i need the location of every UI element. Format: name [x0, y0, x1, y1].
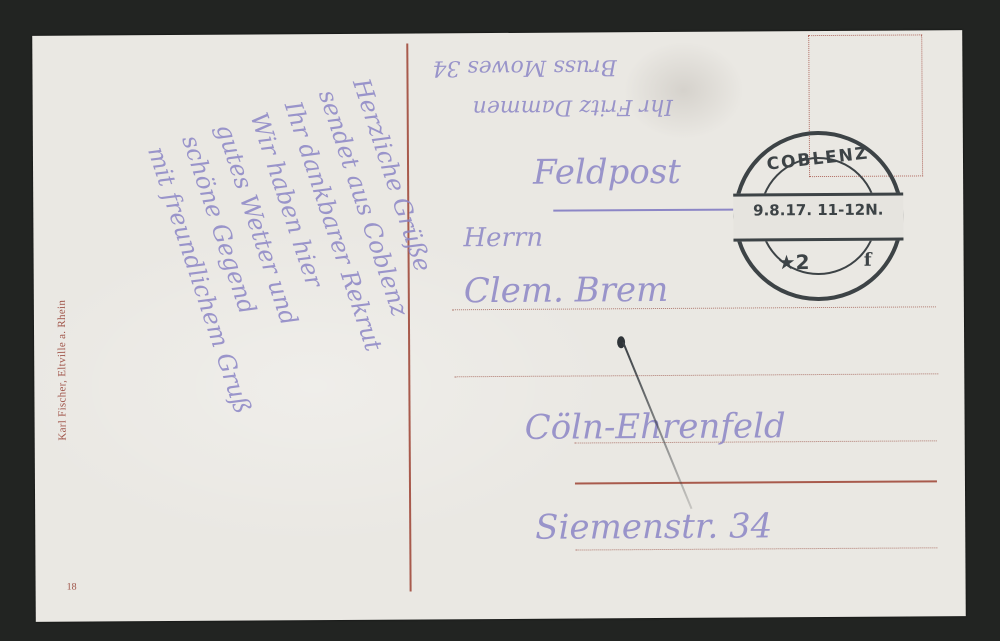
handwritten-message: Herzliche Grüße sendet aus Coblenz Ihr d…	[93, 74, 529, 624]
handwriting-herrn: Herrn	[463, 223, 543, 253]
handwriting-upside-note-1: Bruss Mowes 34	[432, 54, 616, 80]
publisher-imprint: Karl Fischer, Eltville a. Rhein	[56, 300, 69, 441]
postmark-coblenz: COBLENZ 9.8.17. 11-12N. ★2 f	[733, 131, 904, 302]
postmark-letter: f	[864, 250, 872, 271]
address-line-4	[575, 547, 937, 550]
handwriting-feldpost: Feldpost	[533, 152, 681, 193]
plate-number: 18	[67, 582, 77, 593]
address-line-2	[454, 373, 938, 377]
handwriting-upside-note-2: Ihr Fritz Dammen	[473, 94, 673, 120]
feldpost-underline	[553, 209, 733, 212]
handwriting-city: Cöln-Ehrenfeld	[525, 406, 786, 448]
postmark-date: 9.8.17. 11-12N.	[737, 201, 899, 220]
postcard: Karl Fischer, Eltville a. Rhein 18 Bruss…	[32, 30, 966, 622]
handwriting-recipient: Clem. Brem	[464, 270, 669, 311]
postmark-office-number: ★2	[778, 250, 810, 274]
address-underline	[575, 480, 937, 484]
handwriting-street: Siemenstr. 34	[535, 506, 772, 547]
